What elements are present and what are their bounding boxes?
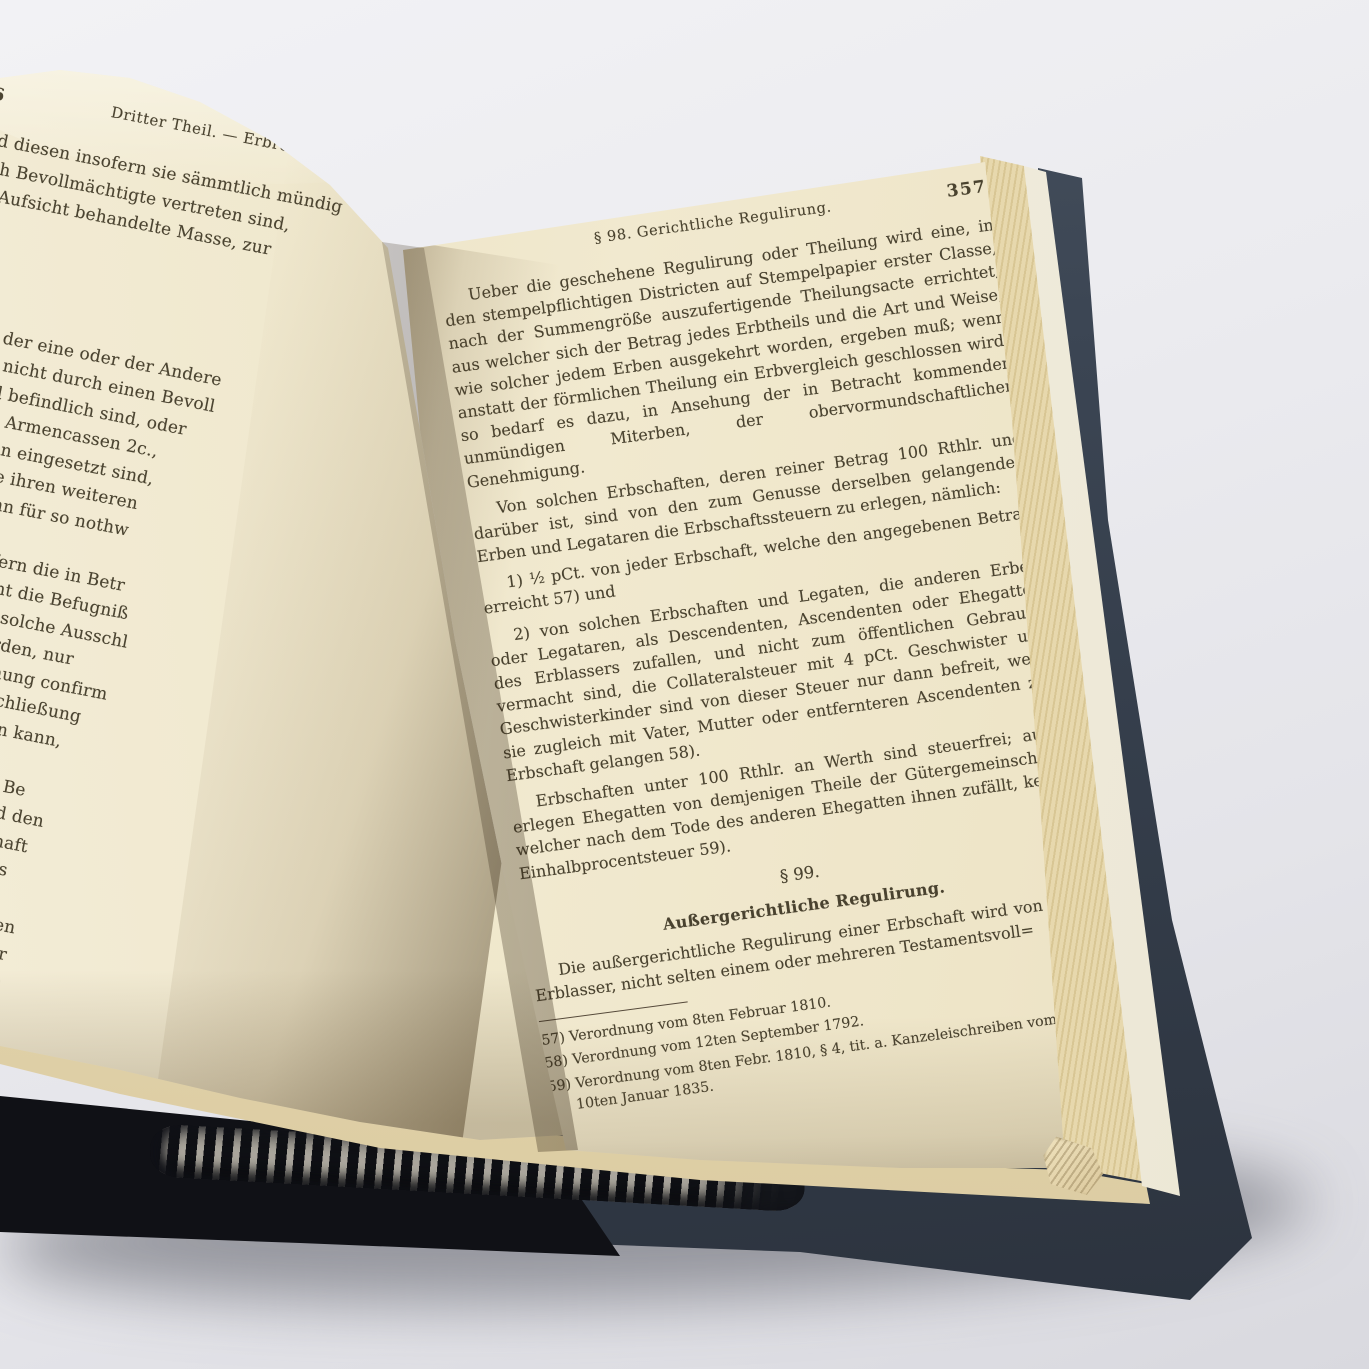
- page-number: 357: [945, 175, 988, 205]
- photo-open-book: 6 Dritter Theil. — Erbrecht. legitimiren…: [0, 0, 1369, 1369]
